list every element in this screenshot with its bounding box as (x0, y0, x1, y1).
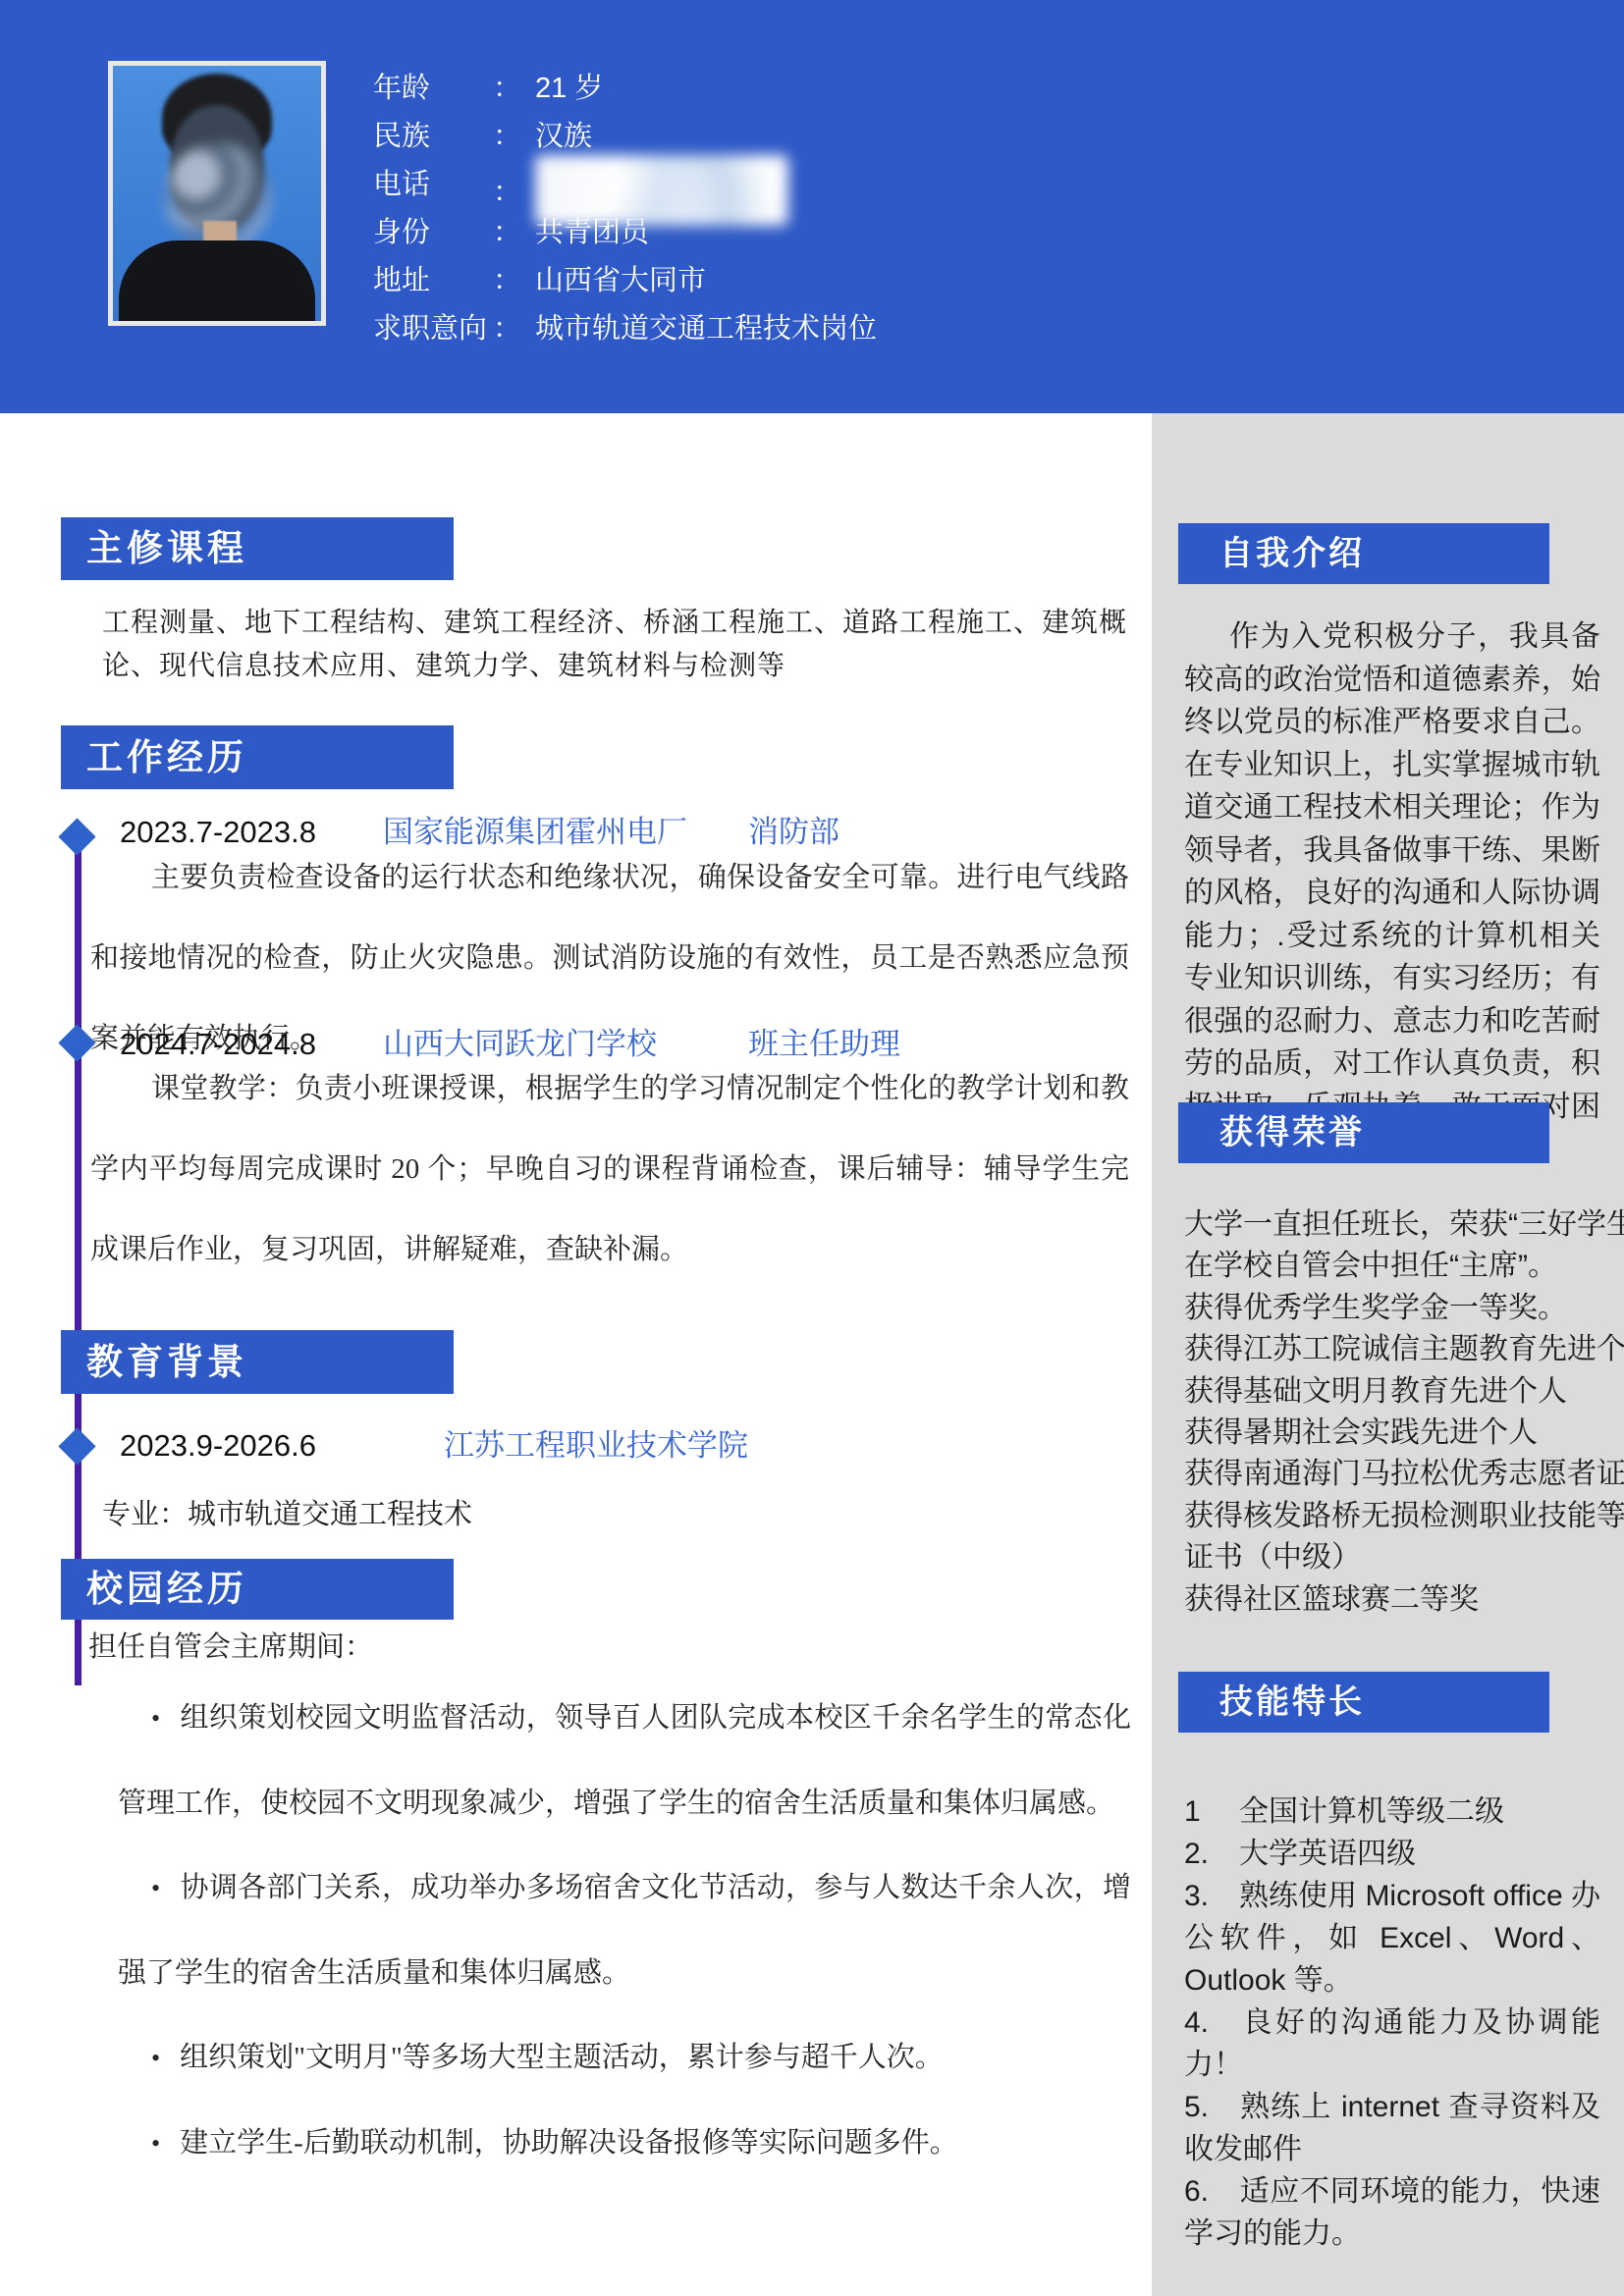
ethnicity-label: 民族 (373, 113, 493, 161)
section-title-honors: 获得荣誉 (1178, 1102, 1549, 1163)
courses-title-text: 主修课程 (86, 528, 247, 568)
sidebar-panel: 自我介绍 作为入党积极分子，我具备较高的政治觉悟和道德素养，始终以党员的标准严格… (1152, 413, 1624, 2296)
colon: ： (493, 265, 521, 296)
campus-bullet-item: •协调各部门关系，成功举办多场宿舍文化节活动，参与人数达千余人次，增强了学生的宿… (88, 1845, 1131, 2015)
personal-info: 年龄：21 岁 民族：汉族 电话： 身份：共青团员 地址：山西省大同市 求职意向… (373, 65, 877, 353)
skill-text: 良好的沟通能力及协调能力！ (1184, 2006, 1600, 2081)
skills-list: 1全国计算机等级二级 2.大学英语四级 3.熟练使用 Microsoft off… (1184, 1790, 1600, 2255)
honor-line: 获得核发路桥无损检测职业技能等级 (1184, 1496, 1600, 1537)
id-photo (108, 61, 326, 326)
skills-title-text: 技能特长 (1219, 1683, 1365, 1721)
campus-bullet-list: •组织策划校园文明监督活动，领导百人团队完成本校区千余名学生的常态化管理工作，使… (88, 1676, 1131, 2186)
bullet-icon: • (151, 1704, 160, 1733)
honor-line: 证书（中级） (1184, 1537, 1600, 1578)
campus-bullet-text: 组织策划校园文明监督活动，领导百人团队完成本校区千余名学生的常态化管理工作，使校… (118, 1702, 1131, 1819)
info-row-ethnicity: 民族：汉族 (373, 113, 877, 161)
skill-number: 6. (1184, 2170, 1239, 2213)
skill-text: 大学英语四级 (1239, 1838, 1416, 1870)
section-title-skills: 技能特长 (1178, 1672, 1549, 1733)
skill-text: 熟练使用 Microsoft office 办公软件，如 Excel、Word、… (1184, 1880, 1600, 1997)
skill-text: 全国计算机等级二级 (1239, 1795, 1504, 1828)
education-period: 2023.9-2026.6 (120, 1426, 383, 1466)
education-school: 江苏工程职业技术学院 (444, 1426, 809, 1466)
photo-shoulders (119, 240, 315, 326)
campus-title-text: 校园经历 (86, 1569, 247, 1609)
honors-title-text: 获得荣誉 (1219, 1114, 1365, 1151)
header-band: 年龄：21 岁 民族：汉族 电话： 身份：共青团员 地址：山西省大同市 求职意向… (0, 0, 1624, 413)
timeline-diamond-icon (58, 1427, 95, 1465)
honor-line: 获得社区篮球赛二等奖 (1184, 1579, 1600, 1621)
objective-value: 城市轨道交通工程技术岗位 (535, 313, 877, 345)
skill-item: 5.熟练上 internet 查寻资料及收发邮件 (1184, 2086, 1600, 2170)
info-row-address: 地址：山西省大同市 (373, 257, 877, 305)
honor-line: 获得暑期社会实践先进个人 (1184, 1413, 1600, 1454)
skill-item: 1全国计算机等级二级 (1184, 1790, 1600, 1833)
age-label: 年龄 (373, 65, 493, 113)
address-value: 山西省大同市 (535, 265, 706, 296)
skill-text: 熟练上 internet 查寻资料及收发邮件 (1184, 2091, 1600, 2165)
phone-redacted-blob (535, 155, 788, 226)
skill-number: 1 (1184, 1790, 1239, 1833)
honor-line: 在学校自管会中担任“主席”。 (1184, 1246, 1600, 1287)
info-row-objective: 求职意向：城市轨道交通工程技术岗位 (373, 305, 877, 353)
section-title-about: 自我介绍 (1178, 523, 1549, 584)
about-text: 作为入党积极分子，我具备较高的政治觉悟和道德素养，始终以党员的标准严格要求自己。… (1184, 615, 1600, 1171)
colon: ： (493, 313, 521, 345)
honor-line: 获得优秀学生奖学金一等奖。 (1184, 1288, 1600, 1329)
section-title-campus: 校园经历 (61, 1559, 454, 1620)
section-title-education: 教育背景 (61, 1330, 454, 1394)
skill-number: 2. (1184, 1833, 1239, 1875)
honor-line: 获得基础文明月教育先进个人 (1184, 1371, 1600, 1413)
skill-number: 3. (1184, 1875, 1239, 1917)
skill-item: 6.适应不同环境的能力，快速学习的能力。 (1184, 2170, 1600, 2255)
honor-line: 大学一直担任班长，荣获“三好学生” (1184, 1204, 1600, 1246)
skill-number: 5. (1184, 2086, 1239, 2128)
work-2-description: 课堂教学：负责小班课授课，根据学生的学习情况制定个性化的教学计划和教学内平均每周… (90, 1048, 1129, 1290)
education-row: 2023.9-2026.6 江苏工程职业技术学院 (120, 1426, 809, 1466)
campus-bullet-item: •组织策划校园文明监督活动，领导百人团队完成本校区千余名学生的常态化管理工作，使… (88, 1676, 1131, 1845)
skill-text: 适应不同环境的能力，快速学习的能力。 (1184, 2175, 1600, 2250)
colon: ： (493, 217, 521, 248)
skill-item: 3.熟练使用 Microsoft office 办公软件，如 Excel、Wor… (1184, 1875, 1600, 2002)
colon: ： (493, 73, 521, 104)
skill-item: 2.大学英语四级 (1184, 1833, 1600, 1875)
courses-text: 工程测量、地下工程结构、建筑工程经济、桥涵工程施工、道路工程施工、建筑概论、现代… (102, 601, 1131, 687)
info-row-age: 年龄：21 岁 (373, 65, 877, 113)
education-major: 专业：城市轨道交通工程技术 (102, 1492, 472, 1532)
honors-list: 大学一直担任班长，荣获“三好学生”在学校自管会中担任“主席”。获得优秀学生奖学金… (1184, 1204, 1600, 1621)
skill-number: 4. (1184, 2002, 1239, 2044)
bullet-icon: • (151, 2044, 160, 2072)
phone-label: 电话 (373, 161, 493, 209)
education-title-text: 教育背景 (86, 1342, 247, 1382)
info-row-phone: 电话： (373, 161, 877, 209)
campus-bullet-item: •组织策划"文明月"等多场大型主题活动，累计参与超千人次。 (88, 2015, 1131, 2101)
campus-bullet-text: 建立学生-后勤联动机制，协助解决设备报修等实际问题多件。 (180, 2127, 958, 2159)
campus-bullet-item: •建立学生-后勤联动机制，协助解决设备报修等实际问题多件。 (88, 2101, 1131, 2186)
section-title-work: 工作经历 (61, 725, 454, 789)
ethnicity-value: 汉族 (535, 121, 592, 152)
address-label: 地址 (373, 257, 493, 305)
about-title-text: 自我介绍 (1219, 535, 1365, 572)
honor-line: 获得南通海门马拉松优秀志愿者证书 (1184, 1454, 1600, 1495)
campus-bullet-text: 协调各部门关系，成功举办多场宿舍文化节活动，参与人数达千余人次，增强了学生的宿舍… (118, 1872, 1131, 1989)
colon: ： (493, 121, 521, 152)
section-title-courses: 主修课程 (61, 517, 454, 580)
bullet-icon: • (151, 1874, 160, 1902)
colon: ： (493, 177, 521, 208)
honor-line: 获得江苏工院诚信主题教育先进个人 (1184, 1329, 1600, 1370)
identity-label: 身份 (373, 209, 493, 257)
campus-intro: 担任自管会主席期间： (88, 1622, 373, 1673)
resume-page: 年龄：21 岁 民族：汉族 电话： 身份：共青团员 地址：山西省大同市 求职意向… (0, 0, 1624, 2296)
campus-bullet-text: 组织策划"文明月"等多场大型主题活动，累计参与超千人次。 (180, 2042, 944, 2073)
objective-label: 求职意向 (373, 305, 493, 353)
work-title-text: 工作经历 (86, 737, 247, 777)
bullet-icon: • (151, 2129, 160, 2158)
age-value: 21 岁 (535, 73, 603, 104)
skill-item: 4.良好的沟通能力及协调能力！ (1184, 2002, 1600, 2086)
